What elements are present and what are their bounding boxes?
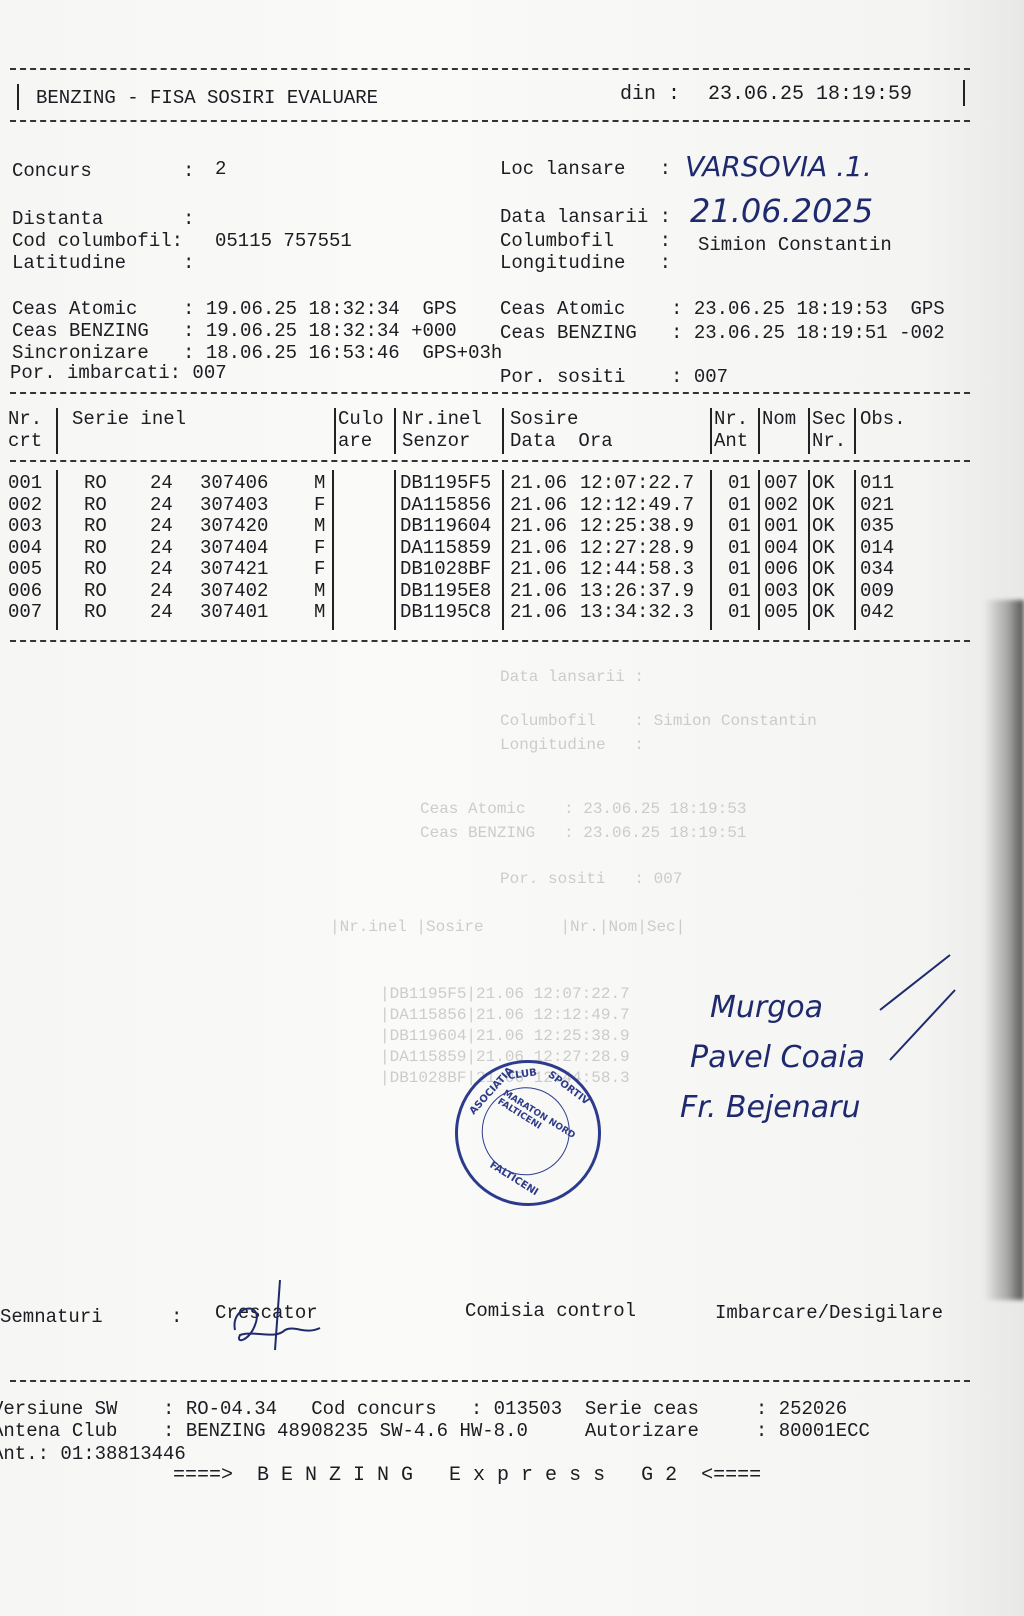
cell-tara: RO [84, 558, 107, 580]
cell-inel: 307402 [200, 580, 268, 602]
cell-an: 24 [150, 494, 173, 516]
cell-sec: OK [812, 494, 835, 516]
cell-tara: RO [84, 494, 107, 516]
cell-data: 21.06 [510, 601, 567, 623]
bleed-through-text: Columbofil : Simion Constantin [500, 712, 817, 730]
column-separator [710, 408, 712, 454]
cell-data: 21.06 [510, 515, 567, 537]
column-header-nr-inel-senzor: Nr.inel [402, 408, 482, 430]
cell-nom: 001 [764, 515, 798, 537]
column-header-nr-ant: Ant [714, 430, 748, 452]
column-header-culoare: are [338, 430, 372, 452]
footer-line-3: Ant.: 01:38813446 [0, 1443, 186, 1465]
column-separator [758, 408, 760, 454]
cell-sec: OK [812, 537, 835, 559]
cell-sec: OK [812, 558, 835, 580]
clock-left-2: Sincronizare : 18.06.25 16:53:46 GPS+03h [12, 342, 502, 364]
cell-nom: 004 [764, 537, 798, 559]
divider [10, 392, 970, 394]
cell-sex: F [314, 558, 325, 580]
footer-line-1: Versiune SW : RO-04.34 Cod concurs : 013… [0, 1398, 847, 1420]
cell-ora: 12:07:22.7 [580, 472, 694, 494]
cell-obs: 009 [860, 580, 894, 602]
column-header-obs: Obs. [860, 408, 906, 430]
column-separator [758, 470, 760, 630]
cell-an: 24 [150, 515, 173, 537]
divider [10, 1380, 970, 1382]
cell-ora: 12:44:58.3 [580, 558, 694, 580]
cell-obs: 034 [860, 558, 894, 580]
cell-senzor: DA115859 [400, 537, 491, 559]
cell-inel: 307404 [200, 537, 268, 559]
column-separator [394, 470, 396, 630]
cell-obs: 014 [860, 537, 894, 559]
cod-columbofil-label: Cod columbofil: [12, 230, 183, 252]
latitudine-label: Latitudine : [12, 252, 194, 274]
report-din-value: 23.06.25 18:19:59 [708, 84, 912, 106]
cell-nom: 002 [764, 494, 798, 516]
cell-senzor: DB1195F5 [400, 472, 491, 494]
column-header-culoare: Culo [338, 408, 384, 430]
cell-senzor: DB1028BF [400, 558, 491, 580]
loc-lansare-value: VARSOVIA .1. [685, 150, 872, 183]
cell-an: 24 [150, 601, 173, 623]
cell-nr: 006 [8, 580, 42, 602]
bleed-through-text: Ceas Atomic : 23.06.25 18:19:53 [420, 800, 746, 818]
bleed-through-text: Ceas BENZING : 23.06.25 18:19:51 [420, 824, 746, 842]
cell-ant: 01 [728, 580, 751, 602]
cell-nom: 006 [764, 558, 798, 580]
cell-ant: 01 [728, 601, 751, 623]
cell-obs: 042 [860, 601, 894, 623]
clock-right-1: Ceas BENZING : 23.06.25 18:19:51 -002 [500, 322, 945, 344]
divider [10, 640, 970, 642]
bleed-through-text: Por. sositi : 007 [500, 870, 682, 888]
clock-left-0: Ceas Atomic : 19.06.25 18:32:34 GPS [12, 298, 457, 320]
cell-nr: 007 [8, 601, 42, 623]
cod-columbofil-value: 05115 757551 [215, 230, 352, 252]
cell-data: 21.06 [510, 537, 567, 559]
columbofil-label: Columbofil : [500, 230, 671, 252]
cell-an: 24 [150, 537, 173, 559]
cell-an: 24 [150, 472, 173, 494]
cell-sex: M [314, 580, 325, 602]
column-separator [56, 408, 58, 454]
cell-ora: 13:26:37.9 [580, 580, 694, 602]
bleed-through-text: |DB119604|21.06 12:25:38.9 [380, 1027, 630, 1045]
cell-inel: 307420 [200, 515, 268, 537]
cell-tara: RO [84, 580, 107, 602]
signature-commission-2: Pavel Coaia [690, 1040, 865, 1075]
signature-commission-1: Murgoa [710, 990, 823, 1025]
bleed-through-text: |Nr.inel |Sosire |Nr.|Nom|Sec| [330, 918, 685, 936]
column-separator [808, 470, 810, 630]
signature-comisia-label: Comisia control [465, 1300, 636, 1322]
cell-sex: M [314, 472, 325, 494]
concurs-value: 2 [215, 158, 226, 180]
cell-sex: F [314, 537, 325, 559]
loc-lansare-label: Loc lansare : [500, 158, 671, 180]
cell-nr: 001 [8, 472, 42, 494]
cell-senzor: DB1195C8 [400, 601, 491, 623]
signature-imbarcare-label: Imbarcare/Desigilare [715, 1302, 943, 1324]
cell-senzor: DB119604 [400, 515, 491, 537]
cell-ora: 13:34:32.3 [580, 601, 694, 623]
cell-sex: M [314, 515, 325, 537]
signature-commission-3: Fr. Bejenaru [680, 1090, 860, 1125]
cell-ora: 12:12:49.7 [580, 494, 694, 516]
cell-sec: OK [812, 601, 835, 623]
cell-nom: 005 [764, 601, 798, 623]
column-separator [332, 470, 334, 630]
cell-data: 21.06 [510, 580, 567, 602]
bleed-through-text: Longitudine : [500, 736, 644, 754]
column-header-nr-crt: Nr. [8, 408, 42, 430]
cell-senzor: DA115856 [400, 494, 491, 516]
distanta-label: Distanta : [12, 208, 194, 230]
column-header-nom: Nom [762, 408, 796, 430]
data-lansarii-label: Data lansarii : [500, 206, 671, 228]
clock-left-1: Ceas BENZING : 19.06.25 18:32:34 +000 [12, 320, 457, 342]
cell-tara: RO [84, 537, 107, 559]
column-separator [334, 408, 336, 454]
cell-obs: 021 [860, 494, 894, 516]
concurs-label: Concurs : [12, 160, 194, 182]
cell-inel: 307401 [200, 601, 268, 623]
cell-ant: 01 [728, 472, 751, 494]
column-header-serie-inel: Serie inel [72, 408, 186, 430]
cell-an: 24 [150, 580, 173, 602]
cell-ora: 12:25:38.9 [580, 515, 694, 537]
column-header-sosire: Sosire [510, 408, 578, 430]
column-separator [502, 408, 504, 454]
column-separator [710, 470, 712, 630]
cell-inel: 307406 [200, 472, 268, 494]
column-separator [56, 470, 58, 630]
border-left [17, 84, 19, 110]
signatures-label: Semnaturi : [0, 1306, 182, 1328]
cell-inel: 307421 [200, 558, 268, 580]
report-title: BENZING - FISA SOSIRI EVALUARE [36, 87, 378, 109]
column-header-sosire: Data Ora [510, 430, 613, 452]
clock-right-3: Por. sositi : 007 [500, 366, 728, 388]
column-header-nr-inel-senzor: Senzor [402, 430, 470, 452]
cell-nr: 005 [8, 558, 42, 580]
column-separator [394, 408, 396, 454]
cell-inel: 307403 [200, 494, 268, 516]
data-lansarii-value: 21.06.2025 [690, 192, 873, 230]
cell-tara: RO [84, 515, 107, 537]
cell-data: 21.06 [510, 494, 567, 516]
divider [10, 460, 970, 462]
cell-ant: 01 [728, 537, 751, 559]
cell-ant: 01 [728, 515, 751, 537]
cell-data: 21.06 [510, 558, 567, 580]
column-separator [502, 470, 504, 630]
signature-crescator-scribble [225, 1280, 325, 1360]
cell-nr: 003 [8, 515, 42, 537]
cell-nr: 004 [8, 537, 42, 559]
columbofil-value: Simion Constantin [698, 234, 892, 256]
bleed-through-text: |DA115856|21.06 12:12:49.7 [380, 1006, 630, 1024]
column-header-sec-nr: Sec [812, 408, 846, 430]
cell-sex: F [314, 494, 325, 516]
column-separator [854, 408, 856, 454]
cell-nr: 002 [8, 494, 42, 516]
cell-senzor: DB1195E8 [400, 580, 491, 602]
page-edge-shadow [984, 600, 1024, 1300]
cell-sec: OK [812, 580, 835, 602]
clock-left-3: Por. imbarcati: 007 [10, 362, 227, 384]
bleed-through-text: Data lansarii : [500, 668, 644, 686]
cell-tara: RO [84, 472, 107, 494]
cell-ant: 01 [728, 494, 751, 516]
column-header-nr-crt: crt [8, 430, 42, 452]
report-din-label: din : [620, 84, 680, 106]
longitudine-label: Longitudine : [500, 252, 671, 274]
cell-obs: 035 [860, 515, 894, 537]
column-header-sec-nr: Nr. [812, 430, 846, 452]
cell-sec: OK [812, 515, 835, 537]
cell-nom: 007 [764, 472, 798, 494]
cell-sec: OK [812, 472, 835, 494]
cell-sex: M [314, 601, 325, 623]
clock-right-0: Ceas Atomic : 23.06.25 18:19:53 GPS [500, 298, 945, 320]
column-header-nr-ant: Nr. [714, 408, 748, 430]
cell-nom: 003 [764, 580, 798, 602]
divider [10, 68, 970, 70]
divider [10, 120, 970, 122]
bleed-through-text: |DB1195F5|21.06 12:07:22.7 [380, 985, 630, 1003]
column-separator [808, 408, 810, 454]
cell-ora: 12:27:28.9 [580, 537, 694, 559]
border-right [963, 80, 965, 106]
cell-an: 24 [150, 558, 173, 580]
signature-strokes [870, 950, 960, 1080]
cell-data: 21.06 [510, 472, 567, 494]
footer-line-2: Antena Club : BENZING 48908235 SW-4.6 HW… [0, 1420, 870, 1442]
cell-ant: 01 [728, 558, 751, 580]
cell-obs: 011 [860, 472, 894, 494]
footer-banner: ====> B E N Z I N G E x p r e s s G 2 <=… [173, 1465, 761, 1487]
column-separator [854, 470, 856, 630]
cell-tara: RO [84, 601, 107, 623]
